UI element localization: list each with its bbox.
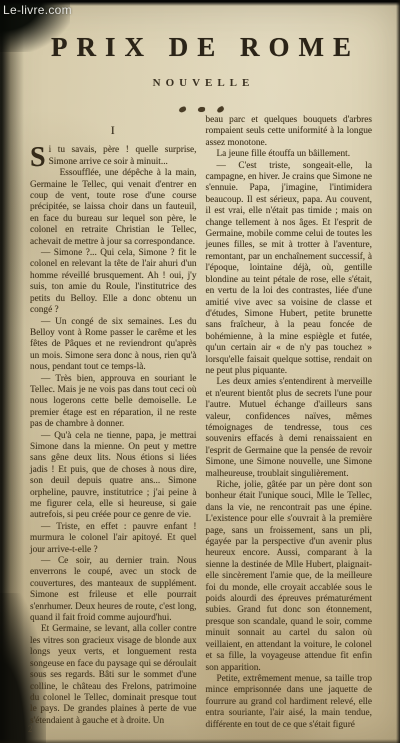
paragraph: Si tu savais, père ! quelle surprise, Si… bbox=[30, 145, 197, 168]
page-subtitle: NOUVELLE bbox=[30, 77, 372, 89]
paragraph: Riche, jolie, gâtée par un père dont son… bbox=[206, 480, 373, 674]
paragraph: Petite, extrêmement menue, sa taille tro… bbox=[206, 674, 373, 731]
paragraph-text: i tu savais, père ! quelle surprise, Sim… bbox=[49, 145, 197, 166]
page-body: PRIX DE ROME NOUVELLE I Si tu savais, pè… bbox=[30, 26, 372, 743]
watermark-text: Le-livre.com bbox=[3, 3, 72, 17]
text-columns: I Si tu savais, père ! quelle surprise, … bbox=[30, 115, 372, 731]
paragraph: Essoufflée, une dépêche à la main, Germa… bbox=[30, 168, 197, 248]
paragraph: beau parc et quelques bouquets d'arbres … bbox=[206, 115, 373, 149]
paragraph: — C'est triste, songeait-elle, la campag… bbox=[206, 161, 373, 378]
paragraph: — Triste, en effet : pauvre enfant ! mur… bbox=[30, 522, 197, 556]
scanned-page: Le-livre.com PRIX DE ROME NOUVELLE I Si … bbox=[0, 0, 400, 743]
paragraph: La jeune fille étouffa un bâillement. bbox=[206, 149, 373, 160]
ornament-row bbox=[30, 99, 372, 107]
left-column: I Si tu savais, père ! quelle surprise, … bbox=[30, 115, 197, 727]
fleuron-icon bbox=[216, 106, 224, 114]
page-title: PRIX DE ROME bbox=[30, 32, 372, 62]
page-signature-mark: 2 bbox=[28, 724, 33, 734]
scan-edge-right bbox=[396, 0, 400, 743]
fleuron-icon bbox=[178, 106, 186, 113]
paragraph: Les deux amies s'entendirent à merveille… bbox=[206, 377, 373, 480]
section-numeral: I bbox=[30, 125, 197, 136]
right-column: beau parc et quelques bouquets d'arbres … bbox=[206, 115, 373, 731]
fleuron-icon bbox=[197, 107, 204, 112]
paragraph: — Qu'à cela ne tienne, papa, je mettrai … bbox=[30, 431, 197, 522]
paragraph: Et Germaine, se levant, alla coller cont… bbox=[30, 624, 197, 727]
paragraph: — Très bien, approuva en souriant le Tel… bbox=[30, 374, 197, 431]
paragraph: — Un congé de six semaines. Les du Bello… bbox=[30, 317, 197, 374]
drop-cap: S bbox=[30, 145, 49, 169]
paragraph: — Ce soir, au dernier train. Nous enverr… bbox=[30, 556, 197, 624]
paragraph: — Simone ?... Qui cela, Simone ? fit le … bbox=[30, 248, 197, 316]
